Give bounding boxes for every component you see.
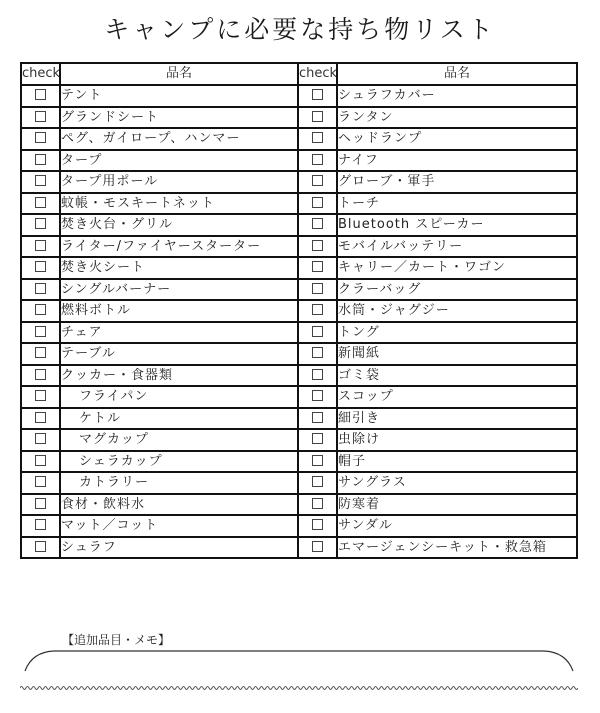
checkbox[interactable]	[35, 197, 46, 208]
table-row: タープナイフ	[21, 150, 577, 172]
item-name-left: 蚊帳・モスキートネット	[60, 193, 298, 215]
item-name-right: ゴミ袋	[337, 365, 577, 387]
checkbox-cell-left[interactable]	[21, 494, 60, 516]
table-row: ケトル細引き	[21, 408, 577, 430]
table-row: テントシュラフカバー	[21, 85, 577, 107]
item-name-right: 帽子	[337, 451, 577, 473]
checkbox-cell-left[interactable]	[21, 429, 60, 451]
table-row: 焚き火シートキャリー／カート・ワゴン	[21, 257, 577, 279]
column-header-check-left: check	[21, 63, 60, 85]
table-row: 蚊帳・モスキートネットトーチ	[21, 193, 577, 215]
item-name-right: グローブ・軍手	[337, 171, 577, 193]
checkbox[interactable]	[35, 519, 46, 530]
checkbox-cell-left[interactable]	[21, 193, 60, 215]
item-name-left: 焚き火台・グリル	[60, 214, 298, 236]
checkbox[interactable]	[312, 89, 323, 100]
item-name-left: クッカー・食器類	[60, 365, 298, 387]
checkbox[interactable]	[312, 326, 323, 337]
checkbox-cell-left[interactable]	[21, 236, 60, 258]
checkbox-cell-left[interactable]	[21, 365, 60, 387]
table-row: チェアトング	[21, 322, 577, 344]
checkbox-cell-right[interactable]	[298, 322, 337, 344]
checkbox[interactable]	[35, 347, 46, 358]
table-header-row: check 品名 check 品名	[21, 63, 577, 85]
checkbox[interactable]	[35, 476, 46, 487]
checkbox[interactable]	[35, 433, 46, 444]
checkbox[interactable]	[35, 111, 46, 122]
checkbox-cell-right[interactable]	[298, 193, 337, 215]
item-name-right: モバイルバッテリー	[337, 236, 577, 258]
item-name-right: ランタン	[337, 107, 577, 129]
table-row: シュラフエマージェンシーキット・救急箱	[21, 537, 577, 559]
checkbox-cell-right[interactable]	[298, 107, 337, 129]
memo-bracket-shape	[24, 650, 574, 672]
column-header-check-right: check	[298, 63, 337, 85]
item-name-left: タープ用ポール	[60, 171, 298, 193]
table-row: マット／コットサンダル	[21, 515, 577, 537]
checkbox[interactable]	[312, 433, 323, 444]
checkbox-cell-left[interactable]	[21, 515, 60, 537]
checkbox[interactable]	[35, 218, 46, 229]
checkbox[interactable]	[312, 154, 323, 165]
checkbox-cell-right[interactable]	[298, 365, 337, 387]
checklist-rows: テントシュラフカバーグランドシートランタンペグ、ガイロープ、ハンマーヘッドランプ…	[21, 85, 577, 558]
checkbox[interactable]	[312, 111, 323, 122]
checkbox-cell-left[interactable]	[21, 128, 60, 150]
item-name-right: サングラス	[337, 472, 577, 494]
checkbox-cell-right[interactable]	[298, 429, 337, 451]
checkbox-cell-right[interactable]	[298, 386, 337, 408]
table-row: ペグ、ガイロープ、ハンマーヘッドランプ	[21, 128, 577, 150]
item-name-left: タープ	[60, 150, 298, 172]
checkbox-cell-right[interactable]	[298, 451, 337, 473]
checkbox-cell-left[interactable]	[21, 150, 60, 172]
item-name-left: ペグ、ガイロープ、ハンマー	[60, 128, 298, 150]
checkbox[interactable]	[312, 132, 323, 143]
table-row: テーブル新聞紙	[21, 343, 577, 365]
item-name-right: 水筒・ジャグジー	[337, 300, 577, 322]
checkbox-cell-right[interactable]	[298, 472, 337, 494]
item-name-right: トーチ	[337, 193, 577, 215]
checkbox[interactable]	[312, 390, 323, 401]
item-name-right: シュラフカバー	[337, 85, 577, 107]
item-name-left: グランドシート	[60, 107, 298, 129]
checkbox[interactable]	[35, 326, 46, 337]
table-row: ライター/ファイヤースターターモバイルバッテリー	[21, 236, 577, 258]
checkbox[interactable]	[35, 240, 46, 251]
checkbox-cell-left[interactable]	[21, 472, 60, 494]
checkbox-cell-left[interactable]	[21, 408, 60, 430]
item-name-left: テント	[60, 85, 298, 107]
checkbox-cell-left[interactable]	[21, 279, 60, 301]
item-name-left: テーブル	[60, 343, 298, 365]
table-row: 焚き火台・グリルBluetooth スピーカー	[21, 214, 577, 236]
checkbox[interactable]	[35, 498, 46, 509]
column-header-name-right: 品名	[337, 63, 577, 85]
item-name-right: Bluetooth スピーカー	[337, 214, 577, 236]
checkbox-cell-right[interactable]	[298, 343, 337, 365]
item-name-left: カトラリー	[60, 472, 298, 494]
checkbox[interactable]	[312, 519, 323, 530]
checkbox[interactable]	[35, 89, 46, 100]
checkbox-cell-left[interactable]	[21, 537, 60, 559]
checkbox[interactable]	[35, 304, 46, 315]
memo-wavy-line[interactable]	[20, 684, 578, 692]
table-row: グランドシートランタン	[21, 107, 577, 129]
checkbox[interactable]	[35, 132, 46, 143]
table-row: シングルバーナークラーバッグ	[21, 279, 577, 301]
checkbox-cell-right[interactable]	[298, 537, 337, 559]
checkbox-cell-right[interactable]	[298, 214, 337, 236]
column-header-name-left: 品名	[60, 63, 298, 85]
table-row: 燃料ボトル水筒・ジャグジー	[21, 300, 577, 322]
checkbox-cell-right[interactable]	[298, 257, 337, 279]
item-name-left: シングルバーナー	[60, 279, 298, 301]
checkbox-cell-right[interactable]	[298, 171, 337, 193]
checkbox[interactable]	[35, 541, 46, 552]
table-row: 食材・飲料水防寒着	[21, 494, 577, 516]
item-name-left: シュラフ	[60, 537, 298, 559]
checklist-table: check 品名 check 品名 テントシュラフカバーグランドシートランタンペ…	[20, 62, 578, 559]
item-name-left: シェラカップ	[60, 451, 298, 473]
checkbox-cell-left[interactable]	[21, 322, 60, 344]
item-name-right: エマージェンシーキット・救急箱	[337, 537, 577, 559]
checkbox[interactable]	[35, 390, 46, 401]
table-row: カトラリーサングラス	[21, 472, 577, 494]
item-name-right: トング	[337, 322, 577, 344]
checkbox-cell-right[interactable]	[298, 236, 337, 258]
item-name-right: ナイフ	[337, 150, 577, 172]
item-name-left: 焚き火シート	[60, 257, 298, 279]
checkbox[interactable]	[312, 347, 323, 358]
checkbox-cell-right[interactable]	[298, 494, 337, 516]
checkbox-cell-left[interactable]	[21, 300, 60, 322]
item-name-left: マグカップ	[60, 429, 298, 451]
item-name-right: スコップ	[337, 386, 577, 408]
checkbox[interactable]	[312, 197, 323, 208]
checkbox[interactable]	[312, 455, 323, 466]
checkbox[interactable]	[35, 455, 46, 466]
item-name-left: ケトル	[60, 408, 298, 430]
checkbox[interactable]	[312, 218, 323, 229]
table-row: フライパンスコップ	[21, 386, 577, 408]
checkbox[interactable]	[35, 283, 46, 294]
checkbox[interactable]	[35, 412, 46, 423]
checkbox-cell-left[interactable]	[21, 85, 60, 107]
checkbox[interactable]	[35, 154, 46, 165]
item-name-right: 防寒着	[337, 494, 577, 516]
item-name-left: 食材・飲料水	[60, 494, 298, 516]
checkbox-cell-left[interactable]	[21, 107, 60, 129]
item-name-right: 細引き	[337, 408, 577, 430]
checkbox-cell-right[interactable]	[298, 150, 337, 172]
table-row: マグカップ虫除け	[21, 429, 577, 451]
checkbox-cell-left[interactable]	[21, 214, 60, 236]
item-name-right: 新聞紙	[337, 343, 577, 365]
item-name-left: チェア	[60, 322, 298, 344]
item-name-right: サンダル	[337, 515, 577, 537]
checkbox[interactable]	[312, 498, 323, 509]
checkbox[interactable]	[312, 283, 323, 294]
checkbox[interactable]	[312, 369, 323, 380]
item-name-right: 虫除け	[337, 429, 577, 451]
checkbox-cell-right[interactable]	[298, 279, 337, 301]
checkbox[interactable]	[312, 476, 323, 487]
checkbox-cell-right[interactable]	[298, 300, 337, 322]
checkbox-cell-left[interactable]	[21, 343, 60, 365]
checkbox-cell-left[interactable]	[21, 257, 60, 279]
checkbox[interactable]	[312, 261, 323, 272]
memo-label: 【追加品目・メモ】	[62, 631, 170, 648]
checkbox-cell-right[interactable]	[298, 128, 337, 150]
checkbox-cell-left[interactable]	[21, 451, 60, 473]
checkbox[interactable]	[35, 175, 46, 186]
checkbox-cell-right[interactable]	[298, 85, 337, 107]
checkbox[interactable]	[312, 541, 323, 552]
checkbox-cell-right[interactable]	[298, 408, 337, 430]
table-row: クッカー・食器類ゴミ袋	[21, 365, 577, 387]
item-name-right: キャリー／カート・ワゴン	[337, 257, 577, 279]
checkbox-cell-left[interactable]	[21, 386, 60, 408]
checkbox[interactable]	[312, 304, 323, 315]
checkbox[interactable]	[35, 369, 46, 380]
checkbox[interactable]	[35, 261, 46, 272]
item-name-left: 燃料ボトル	[60, 300, 298, 322]
checkbox-cell-right[interactable]	[298, 515, 337, 537]
item-name-right: クラーバッグ	[337, 279, 577, 301]
table-row: シェラカップ帽子	[21, 451, 577, 473]
checkbox[interactable]	[312, 412, 323, 423]
checkbox-cell-left[interactable]	[21, 171, 60, 193]
checkbox[interactable]	[312, 240, 323, 251]
item-name-left: マット／コット	[60, 515, 298, 537]
item-name-left: フライパン	[60, 386, 298, 408]
checkbox[interactable]	[312, 175, 323, 186]
item-name-left: ライター/ファイヤースターター	[60, 236, 298, 258]
table-row: タープ用ポールグローブ・軍手	[21, 171, 577, 193]
item-name-right: ヘッドランプ	[337, 128, 577, 150]
page-title: キャンプに必要な持ち物リスト	[0, 10, 600, 46]
